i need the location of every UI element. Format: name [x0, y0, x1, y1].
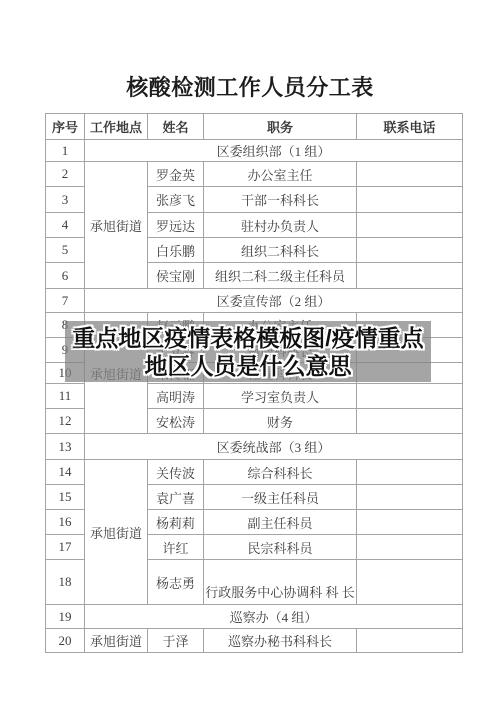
header-phone: 联系电话 [357, 114, 463, 140]
row-number-cell: 3 [46, 187, 85, 213]
name-cell: 袁广喜 [148, 485, 204, 510]
table-header-row: 序号 工作地点 姓名 职务 联系电话 [46, 114, 463, 140]
group-header-cell: 巡察办（4 组） [85, 605, 463, 629]
staff-assignment-table: 序号 工作地点 姓名 职务 联系电话 1区委组织部（1 组）2承旭街道罗金英办公… [45, 113, 463, 653]
phone-cell [357, 409, 463, 434]
row-number-cell: 6 [46, 263, 85, 289]
row-number-cell: 11 [46, 384, 85, 409]
group-header-cell: 区委宣传部（2 组） [85, 289, 463, 313]
duty-cell: 驻村办负责人 [204, 213, 357, 238]
phone-cell [357, 560, 463, 605]
row-number-cell: 2 [46, 162, 85, 187]
duty-cell: 综合科科长 [204, 460, 357, 485]
table-row: 13区委统战部（3 组） [46, 434, 463, 460]
name-cell: 张彦飞 [148, 187, 204, 213]
name-cell: 杨莉莉 [148, 510, 204, 535]
row-number-cell: 20 [46, 629, 85, 653]
header-location: 工作地点 [85, 114, 148, 140]
duty-cell: 干部一科科长 [204, 187, 357, 213]
name-cell: 侯宝刚 [148, 263, 204, 289]
name-cell: 于泽 [148, 629, 204, 653]
name-cell: 罗金英 [148, 162, 204, 187]
row-number-cell: 15 [46, 485, 85, 510]
duty-cell: 民宗科科员 [204, 535, 357, 560]
row-number-cell: 13 [46, 434, 85, 460]
row-number-cell: 19 [46, 605, 85, 629]
duty-cell: 组织二科二级主任科员 [204, 263, 357, 289]
phone-cell [357, 535, 463, 560]
table-row: 2承旭街道罗金英办公室主任 [46, 162, 463, 187]
group-header-cell: 区委统战部（3 组） [85, 434, 463, 460]
row-number-cell: 17 [46, 535, 85, 560]
phone-cell [357, 213, 463, 238]
table-row: 14承旭街道关传波综合科科长 [46, 460, 463, 485]
duty-cell: 一级主任科员 [204, 485, 357, 510]
table-row: 20承旭街道于泽巡察办秘书科科长 [46, 629, 463, 653]
duty-cell: 行政服务中心协调科 科 长 [204, 560, 357, 605]
table-row: 19巡察办（4 组） [46, 605, 463, 629]
phone-cell [357, 384, 463, 409]
row-number-cell: 12 [46, 409, 85, 434]
phone-cell [357, 162, 463, 187]
location-cell: 承旭街道 [85, 162, 148, 289]
watermark-text-line2: 地区人员是什么意思 [145, 352, 352, 380]
phone-cell [357, 263, 463, 289]
row-number-cell: 16 [46, 510, 85, 535]
header-name: 姓名 [148, 114, 204, 140]
name-cell: 杨志勇 [148, 560, 204, 605]
document-page: 核酸检测工作人员分工表 序号 工作地点 姓名 职务 联系电话 1区委组织部（1 … [0, 0, 500, 706]
duty-cell: 学习室负责人 [204, 384, 357, 409]
row-number-cell: 7 [46, 289, 85, 313]
watermark-text-line1: 重点地区疫情表格模板图/疫情重点 [72, 324, 423, 352]
row-number-cell: 14 [46, 460, 85, 485]
row-number-cell: 4 [46, 213, 85, 238]
phone-cell [357, 238, 463, 263]
header-duty: 职务 [204, 114, 357, 140]
table-body: 1区委组织部（1 组）2承旭街道罗金英办公室主任3张彦飞干部一科科长4罗远达驻村… [46, 140, 463, 653]
phone-cell [357, 187, 463, 213]
name-cell: 高明涛 [148, 384, 204, 409]
table-row: 1区委组织部（1 组） [46, 140, 463, 162]
name-cell: 关传波 [148, 460, 204, 485]
location-cell: 承旭街道 [85, 629, 148, 653]
row-number-cell: 5 [46, 238, 85, 263]
phone-cell [357, 485, 463, 510]
watermark-overlay: 重点地区疫情表格模板图/疫情重点 地区人员是什么意思 [65, 321, 431, 382]
phone-cell [357, 460, 463, 485]
name-cell: 安松涛 [148, 409, 204, 434]
name-cell: 罗远达 [148, 213, 204, 238]
duty-cell: 副主任科员 [204, 510, 357, 535]
group-header-cell: 区委组织部（1 组） [85, 140, 463, 162]
location-cell: 承旭街道 [85, 460, 148, 605]
name-cell: 白乐鹏 [148, 238, 204, 263]
duty-cell: 巡察办秘书科科长 [204, 629, 357, 653]
duty-cell: 组织二科科长 [204, 238, 357, 263]
phone-cell [357, 510, 463, 535]
duty-cell: 财务 [204, 409, 357, 434]
table-row: 7区委宣传部（2 组） [46, 289, 463, 313]
row-number-cell: 18 [46, 560, 85, 605]
row-number-cell: 1 [46, 140, 85, 162]
header-serial: 序号 [46, 114, 85, 140]
page-title: 核酸检测工作人员分工表 [0, 71, 500, 102]
duty-cell: 办公室主任 [204, 162, 357, 187]
phone-cell [357, 629, 463, 653]
name-cell: 许红 [148, 535, 204, 560]
